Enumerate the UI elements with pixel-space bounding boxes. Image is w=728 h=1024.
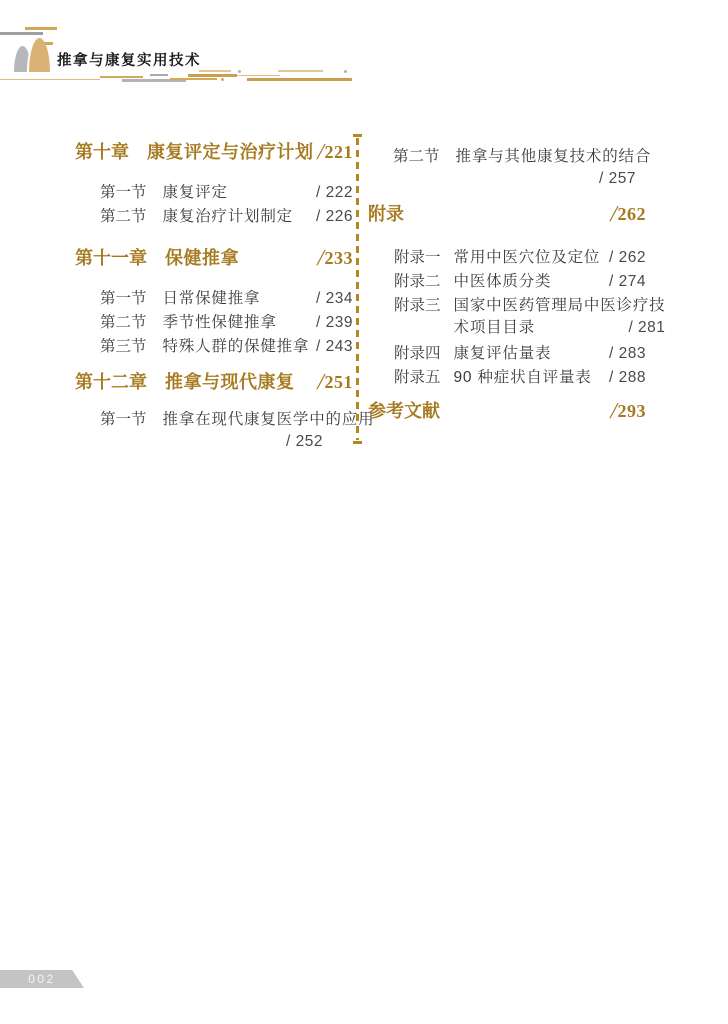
chapter-page: 221 bbox=[325, 142, 354, 162]
chapter-number: 第十二章 bbox=[75, 370, 147, 394]
toc-chapter-10: 第十章 康复评定与治疗计划 /221 bbox=[75, 140, 353, 165]
deco-line bbox=[0, 79, 100, 81]
appendix-page: / 262 bbox=[609, 247, 646, 269]
section-page: / 234 bbox=[316, 288, 353, 310]
toc-column-left: 第十章 康复评定与治疗计划 /221 第一节 康复评定 / 222 第二节 康复… bbox=[75, 138, 353, 453]
deco-line-gold-top bbox=[25, 27, 57, 30]
appendix-title-line2: 术项目目录 bbox=[454, 317, 536, 339]
toc-appendix-item-wrapped: 附录三 国家中医药管理局中医诊疗技 术项目目录 / 281 bbox=[368, 295, 646, 339]
appendix-title-line1: 国家中医药管理局中医诊疗技 bbox=[454, 295, 666, 317]
appendix-title: 90 种症状自评量表 bbox=[454, 367, 592, 389]
toc-section: 第一节 日常保健推拿 / 234 bbox=[75, 288, 353, 310]
chapter-number: 第十一章 bbox=[75, 246, 147, 270]
toc-section-wrapped: 第一节 推拿在现代康复医学中的应用 / 252 bbox=[75, 409, 353, 453]
appendix-title: 康复评估量表 bbox=[454, 343, 552, 365]
deco-line bbox=[247, 78, 352, 81]
deco-line bbox=[150, 74, 168, 76]
book-title: 推拿与康复实用技术 bbox=[57, 49, 201, 70]
divider-dashes bbox=[356, 138, 359, 440]
part-title: 附录 bbox=[368, 202, 404, 226]
section-page: / 222 bbox=[316, 182, 353, 204]
deco-line bbox=[100, 76, 143, 79]
section-page: / 226 bbox=[316, 206, 353, 228]
toc-section: 第一节 康复评定 / 222 bbox=[75, 182, 353, 204]
appendix-title: 中医体质分类 bbox=[454, 271, 552, 293]
deco-line bbox=[188, 74, 237, 77]
book-toc-page: 推拿与康复实用技术 第十章 康复评定与治疗计划 /221 第一节 康复评定 bbox=[0, 0, 728, 1024]
toc-chapter-12: 第十二章 推拿与现代康复 /251 bbox=[75, 370, 353, 395]
toc-appendix-item: 附录四 康复评估量表 / 283 bbox=[368, 343, 646, 365]
deco-dot bbox=[344, 70, 347, 73]
section-number: 第一节 bbox=[100, 409, 147, 431]
section-title: 康复治疗计划制定 bbox=[163, 206, 293, 228]
appendix-page: / 288 bbox=[609, 367, 646, 389]
section-number: 第二节 bbox=[100, 206, 147, 228]
section-title: 推拿与其他康复技术的结合 bbox=[456, 146, 652, 168]
page-number: 002 bbox=[28, 972, 56, 986]
footer-page-number-banner: 002 bbox=[0, 970, 84, 988]
toc-section: 第三节 特殊人群的保健推拿 / 243 bbox=[75, 336, 353, 358]
column-divider bbox=[352, 134, 362, 444]
section-title: 康复评定 bbox=[163, 182, 228, 204]
part-page: 262 bbox=[618, 204, 647, 224]
deco-line bbox=[199, 70, 231, 72]
toc-appendix-item: 附录五 90 种症状自评量表 / 288 bbox=[368, 367, 646, 389]
section-page: / 239 bbox=[316, 312, 353, 334]
divider-top-cap bbox=[353, 134, 362, 137]
toc-appendix-item: 附录一 常用中医穴位及定位 / 262 bbox=[368, 247, 646, 269]
deco-dot bbox=[221, 78, 224, 81]
chapter-title: 保健推拿 bbox=[165, 246, 239, 270]
part-title: 参考文献 bbox=[368, 399, 440, 423]
divider-bottom-cap bbox=[353, 441, 362, 444]
toc-section: 第二节 季节性保健推拿 / 239 bbox=[75, 312, 353, 334]
appendix-number: 附录五 bbox=[394, 367, 441, 389]
toc-column-right: 第二节 推拿与其他康复技术的结合 / 257 附录 /262 附录一 常用中医穴… bbox=[368, 138, 646, 424]
toc-section: 第二节 康复治疗计划制定 / 226 bbox=[75, 206, 353, 228]
section-number: 第二节 bbox=[100, 312, 147, 334]
chapter-title: 推拿与现代康复 bbox=[165, 370, 295, 394]
section-title: 特殊人群的保健推拿 bbox=[163, 336, 310, 358]
section-page: / 252 bbox=[75, 431, 353, 453]
chapter-page: 251 bbox=[325, 372, 354, 392]
section-number: 第一节 bbox=[100, 288, 147, 310]
deco-line bbox=[170, 78, 217, 80]
section-number: 第二节 bbox=[393, 146, 440, 168]
deco-line bbox=[278, 70, 323, 72]
appendix-page: / 283 bbox=[609, 343, 646, 365]
appendix-number: 附录一 bbox=[394, 247, 441, 269]
deco-line bbox=[237, 75, 280, 77]
appendix-number: 附录三 bbox=[394, 295, 441, 317]
appendix-page: / 274 bbox=[609, 271, 646, 293]
part-page: 293 bbox=[618, 401, 647, 421]
toc-part-references: 参考文献 /293 bbox=[368, 399, 646, 424]
toc-appendix-item: 附录二 中医体质分类 / 274 bbox=[368, 271, 646, 293]
section-page: / 243 bbox=[316, 336, 353, 358]
toc-part-appendix: 附录 /262 bbox=[368, 202, 646, 227]
chapter-title: 康复评定与治疗计划 bbox=[147, 140, 314, 164]
deco-line-gray-top bbox=[0, 32, 43, 36]
chapter-number: 第十章 bbox=[75, 140, 129, 164]
appendix-number: 附录四 bbox=[394, 343, 441, 365]
chapter-page: 233 bbox=[325, 248, 354, 268]
section-title: 推拿在现代康复医学中的应用 bbox=[163, 409, 375, 431]
section-page: / 257 bbox=[368, 168, 646, 190]
toc-chapter-11: 第十一章 保健推拿 /233 bbox=[75, 246, 353, 271]
deco-dot bbox=[238, 70, 241, 73]
appendix-title: 常用中医穴位及定位 bbox=[454, 247, 601, 269]
section-title: 日常保健推拿 bbox=[163, 288, 261, 310]
toc-section-wrapped: 第二节 推拿与其他康复技术的结合 / 257 bbox=[368, 146, 646, 190]
appendix-number: 附录二 bbox=[394, 271, 441, 293]
appendix-page: / 281 bbox=[628, 317, 665, 339]
section-title: 季节性保健推拿 bbox=[163, 312, 277, 334]
section-number: 第一节 bbox=[100, 182, 147, 204]
section-number: 第三节 bbox=[100, 336, 147, 358]
